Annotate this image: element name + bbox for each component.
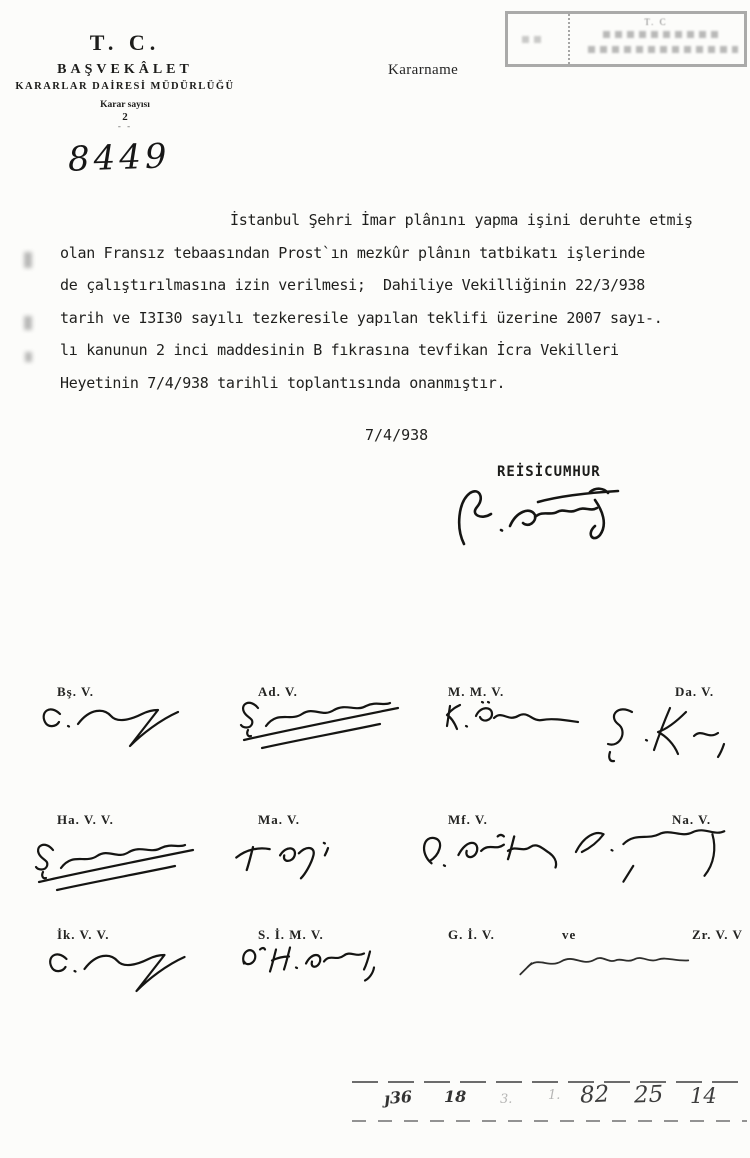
registry-faint-mark: 1. <box>548 1088 560 1103</box>
signature-stroke <box>228 834 353 882</box>
letterhead-office: BAŞVEKÂLET <box>15 62 235 78</box>
handwritten-register-number: 8449 <box>67 136 171 180</box>
minister-label-ha-v-v: Ha. V. V. <box>57 812 114 828</box>
body-line: olan Fransız tebaasından Prost`ın mezkûr… <box>60 238 720 271</box>
signature-stroke <box>440 698 590 743</box>
signature-dr-h-alatas <box>232 940 392 988</box>
signature-a-cetinkaya <box>568 822 746 887</box>
signature-s-saracoglu-2 <box>28 838 218 900</box>
minister-label-mf-v: Mf. V. <box>448 812 488 828</box>
decree-body: İstanbul Şehri İmar plânını yapma işini … <box>60 205 720 400</box>
registry-number: 82 <box>579 1081 610 1108</box>
signature-k-ozalp <box>440 698 590 743</box>
president-title: REİSİCUMHUR <box>497 464 601 480</box>
registry-number: ȷ36 <box>383 1087 412 1108</box>
scan-artifact <box>25 352 32 362</box>
footer-registry-stamp: ȷ36 18 3. 1. 82 25 14 <box>352 1076 747 1128</box>
signature-f-agrali <box>228 834 353 882</box>
signature-stroke <box>238 696 418 758</box>
stamp-line <box>352 1081 747 1083</box>
minister-label-da-v: Da. V. <box>675 684 714 700</box>
signature-stroke <box>28 838 218 900</box>
body-line: de çalıştırılmasına izin verilmesi; Dahi… <box>60 270 720 303</box>
body-line: İstanbul Şehri İmar plânını yapma işini … <box>60 205 720 238</box>
signature-s-arikan <box>415 828 570 880</box>
archive-stamp-box: T. C <box>505 11 747 67</box>
signature-c-bayar <box>38 702 198 754</box>
scan-artifact <box>24 316 32 330</box>
signature-stroke <box>438 486 633 554</box>
decree-document-page: T. C. BAŞVEKÂLET KARARLAR DAİRESİ MÜDÜRL… <box>0 0 750 1158</box>
body-line: tarih ve I3I30 sayılı tezkeresile yapıla… <box>60 303 720 336</box>
scan-artifact <box>24 252 32 268</box>
signature-s-saracoglu <box>238 696 418 758</box>
body-line: Heyetinin 7/4/938 tarihli toplantısında … <box>60 368 720 401</box>
decision-number-label: Karar sayısı <box>15 100 235 110</box>
signature-c-bayar-2 <box>42 947 207 999</box>
signature-stroke <box>598 700 748 770</box>
signature-k-ataturk <box>438 486 633 554</box>
minister-label-g-i-v: G. İ. V. <box>448 927 495 943</box>
stamp-line <box>352 1120 747 1122</box>
minister-label-zr-v-v: Zr. V. V <box>692 927 743 943</box>
letterhead: T. C. BAŞVEKÂLET KARARLAR DAİRESİ MÜDÜRL… <box>15 30 235 129</box>
document-type-title: Kararname <box>388 62 458 79</box>
registry-number: 25 <box>634 1081 664 1108</box>
stamp-tc-text: T. C <box>568 17 744 27</box>
registry-faint-mark: 3. <box>500 1092 512 1107</box>
signature-stroke <box>508 952 708 980</box>
decree-date: 7/4/938 <box>365 426 428 444</box>
letterhead-department: KARARLAR DAİRESİ MÜDÜRLÜĞÜ <box>15 81 235 92</box>
stamp-illegible-text <box>603 31 723 38</box>
signature-stroke <box>232 940 392 988</box>
minister-label-ik-v-v: İk. V. V. <box>57 927 110 943</box>
signature-stroke <box>415 828 570 880</box>
body-line: lı kanunun 2 inci maddesinin B fıkrasına… <box>60 335 720 368</box>
registry-number: 18 <box>444 1087 466 1106</box>
signature-s-kaya <box>598 700 748 770</box>
underline-dashes: - - <box>15 123 235 129</box>
conjunction-ve: ve <box>562 927 576 943</box>
signature-rana-tarhan <box>508 952 708 980</box>
minister-label-ma-v: Ma. V. <box>258 812 300 828</box>
letterhead-tc: T. C. <box>15 30 235 56</box>
signature-stroke <box>42 947 207 999</box>
stamp-illegible-text <box>522 36 546 43</box>
minister-label-bs-v: Bş. V. <box>57 684 94 700</box>
registry-number: 14 <box>690 1084 717 1108</box>
stamp-illegible-text <box>588 46 738 53</box>
signature-stroke <box>568 822 746 887</box>
signature-stroke <box>38 702 198 754</box>
